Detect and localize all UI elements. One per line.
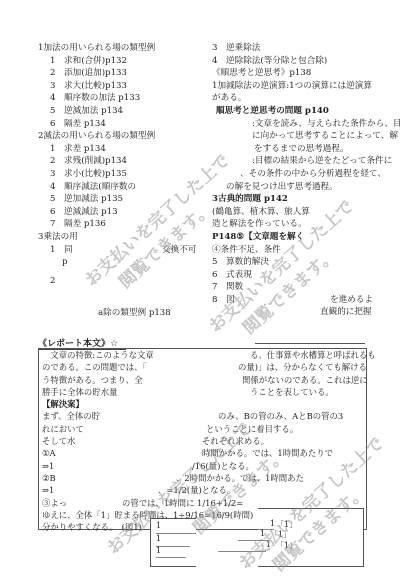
list-item: 3逆乗除法: [212, 42, 387, 55]
fragment-text: を進めるよ: [330, 294, 373, 307]
section-title: a除の類型例 p138: [38, 307, 208, 320]
frame-line: [255, 343, 365, 344]
list-item: 3求大(比較)p133: [38, 80, 208, 93]
report-line: う特徴がある。つまり、全関係がないのである。これは逆に: [42, 374, 364, 386]
paragraph-line: :文章を読み、与えられた条件から、目: [212, 118, 387, 131]
paragraph-line: がある。: [212, 92, 387, 105]
paragraph-line: :目標の結果から逆をたどって条件に: [212, 155, 387, 168]
list-item: 5逆減加法 p134: [38, 105, 208, 118]
paragraph-line: をするまでの思考過程。: [212, 143, 387, 156]
list-item: 2求残(削減)p134: [38, 155, 208, 168]
document-page: 1加法の用いられる場の類型例 1求和(合併)p132 2添加(追加)p133 3…: [0, 0, 410, 580]
report-line: 勝手に全体の貯水量うことを表している。: [42, 386, 364, 398]
classic-title: 3古典的問題 p142: [212, 193, 387, 206]
report-line: のである。この問題では、「の量)」は、分からなくても解ける: [42, 361, 364, 373]
list-item: 1求和(合併)p132: [38, 55, 208, 68]
report-line: まず、全体の貯のみ、Bの管のみ、AとBの管の3: [42, 410, 364, 422]
figure-bar: [156, 533, 196, 534]
paragraph-line: 1加減除法の逆演算:1つの演算には逆演算: [212, 80, 387, 93]
report-line: 【解決案】: [42, 398, 364, 410]
report-line: れにおいてということに着目する。: [42, 423, 364, 435]
problem-title: 順思考と逆思考の問題 p140: [212, 105, 387, 118]
paragraph-line: に向かって思考することによって、解: [212, 130, 387, 143]
list-item: 1求差 p134: [38, 143, 208, 156]
figure-1-left: 1 1 1: [150, 518, 196, 567]
sub-title: 《順思考と逆思考》p138: [212, 67, 387, 80]
list-item: 4順序数の加法 p133: [38, 92, 208, 105]
list-item: 6隔差 p134: [38, 118, 208, 131]
paragraph-line: (鶴亀算、植木算、旅人算: [212, 206, 387, 219]
figure-bar: [156, 546, 190, 547]
list-item: 2添加(追加)p133: [38, 67, 208, 80]
list-item: 4逆除除法(等分除と包合除): [212, 55, 387, 68]
paragraph-line: の解を見つけ出す思考過程。: [212, 181, 387, 194]
section-title: 1加法の用いられる場の類型例: [38, 42, 208, 55]
section-title: 2減法の用いられる場の類型例: [38, 130, 208, 143]
paragraph-line: 、その条件の中から分析過程を経て、: [212, 168, 387, 181]
figure-bar: [156, 557, 186, 558]
report-line: 文章の特徴:このような文章る、仕事算や水槽算と呼ばれるも: [42, 349, 364, 361]
